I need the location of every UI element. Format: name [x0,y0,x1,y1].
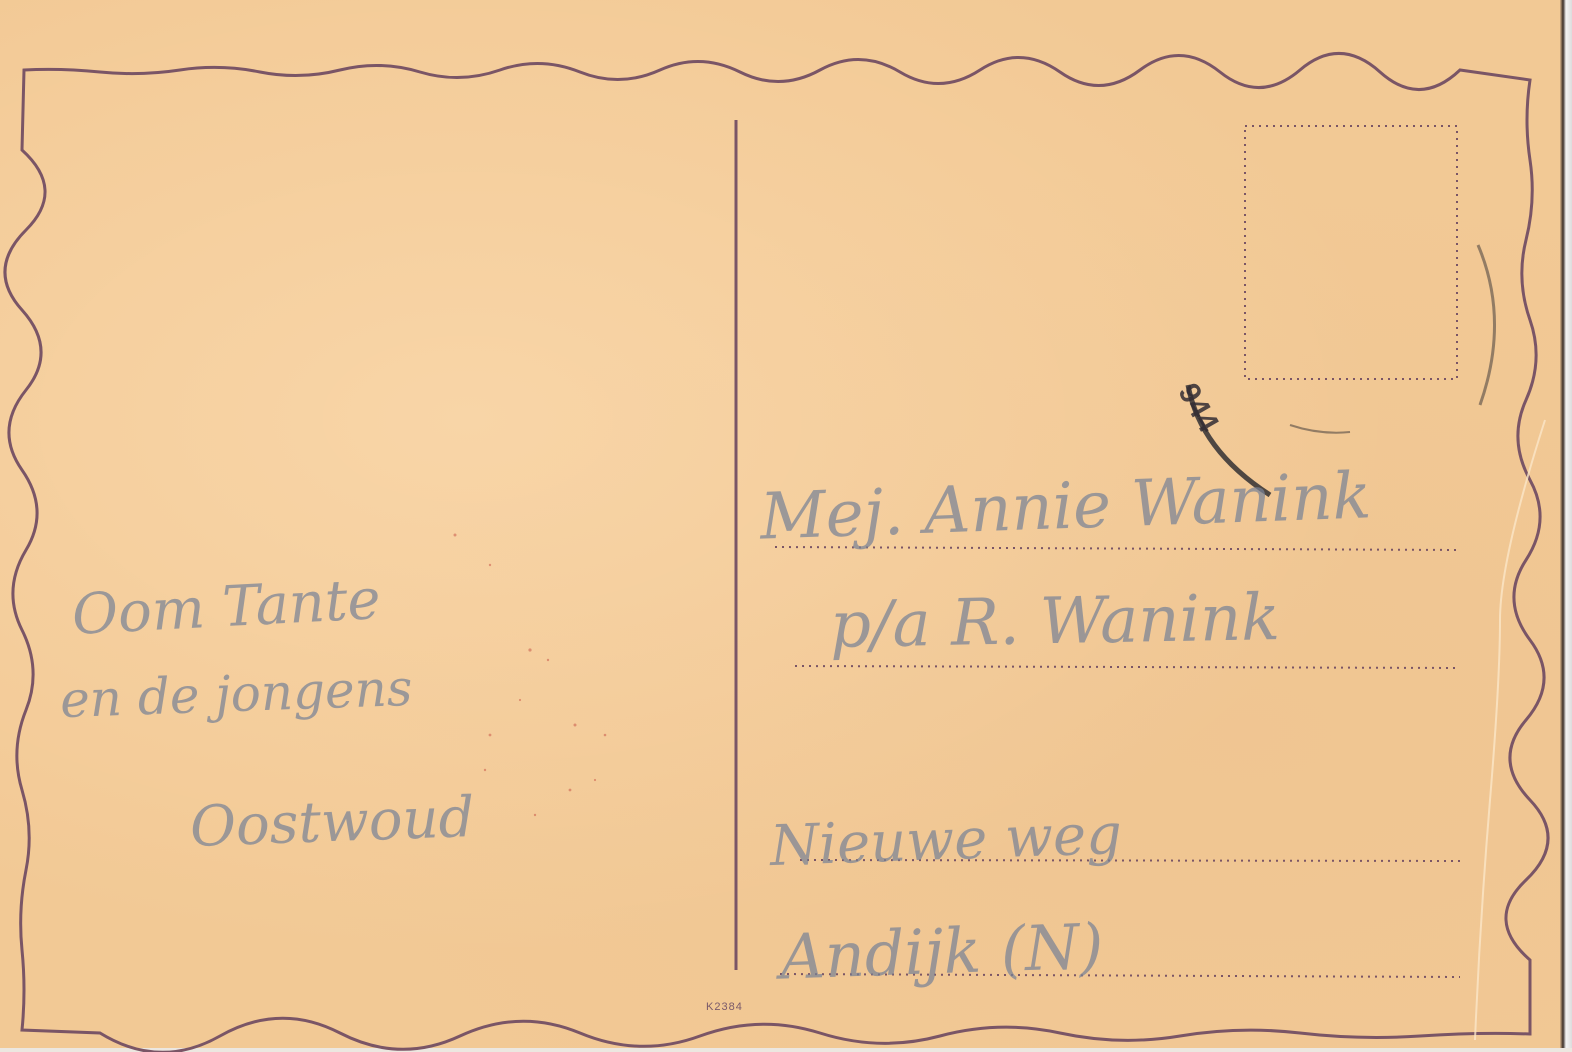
postmark-arc-inner [1290,425,1350,433]
message-line-2: en de jongens [59,659,413,729]
print-code: K2384 [706,1001,743,1013]
postmark-arc-right [1478,245,1495,405]
address-care-of: p/a R. Wanink [829,581,1280,663]
message-line-3: Oostwoud [189,785,476,860]
red-speckles [454,534,607,817]
address-town: Andijk (N) [779,909,1105,993]
stamp-box [1245,126,1457,379]
address-street: Nieuwe weg [769,802,1123,879]
paper-tear [1475,420,1545,1040]
address-line-2 [795,666,1460,668]
